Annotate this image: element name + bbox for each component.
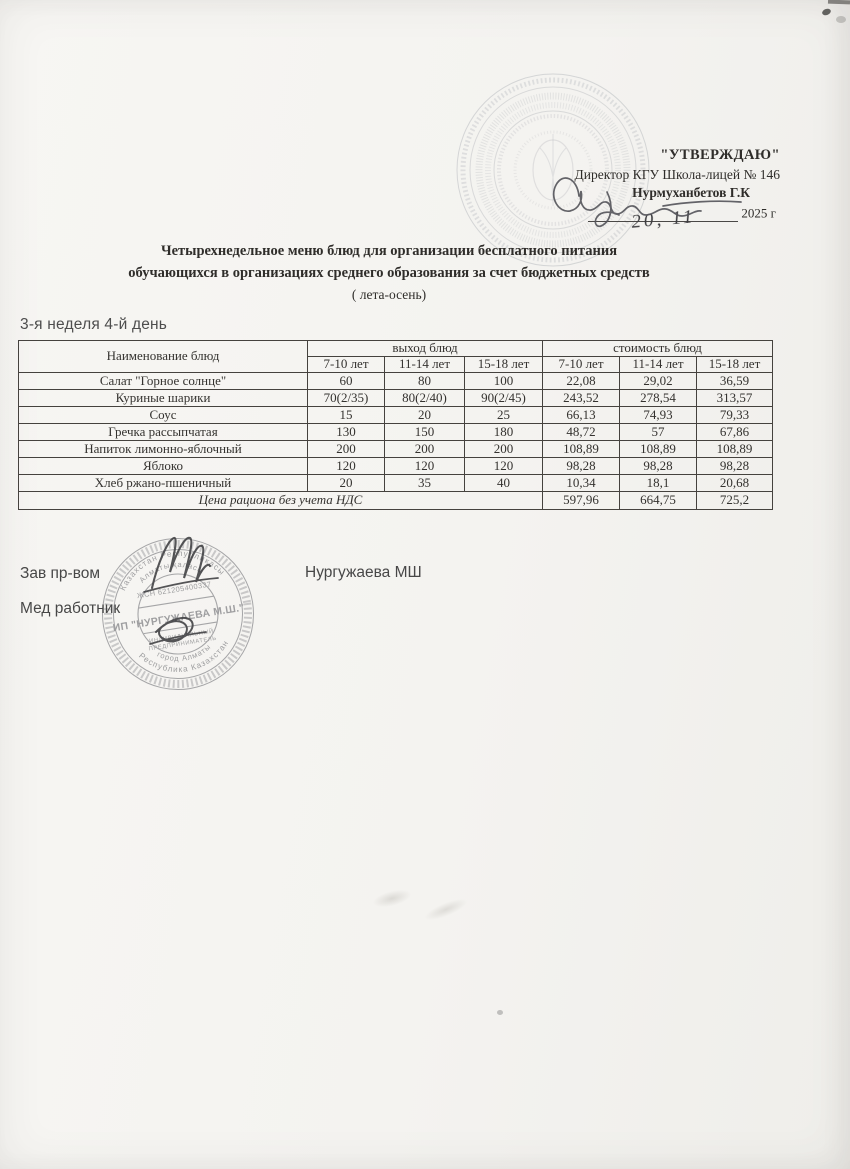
total-row: Цена рациона без учета НДС 597,96 664,75… bbox=[19, 492, 773, 510]
output-group-header: выход блюд bbox=[308, 341, 543, 357]
dish-name-cell: Хлеб ржано-пшеничный bbox=[19, 475, 308, 492]
scan-speck bbox=[821, 8, 832, 17]
cost-value-cell: 108,89 bbox=[697, 441, 773, 458]
director-signature-ink bbox=[545, 158, 775, 228]
table-row: Салат "Горное солнце" 60 80 100 22,08 29… bbox=[19, 373, 773, 390]
output-value-cell: 120 bbox=[465, 458, 543, 475]
cost-value-cell: 20,68 bbox=[697, 475, 773, 492]
dish-name-cell: Гречка рассыпчатая bbox=[19, 424, 308, 441]
name-column-header: Наименование блюд bbox=[19, 341, 308, 373]
cost-value-cell: 313,57 bbox=[697, 390, 773, 407]
staff-signatures-ink bbox=[122, 532, 252, 667]
output-value-cell: 80 bbox=[385, 373, 465, 390]
cost-value-cell: 278,54 bbox=[620, 390, 697, 407]
cost-age-header: 15-18 лет bbox=[697, 357, 773, 373]
cost-value-cell: 22,08 bbox=[543, 373, 620, 390]
cost-age-header: 7-10 лет bbox=[543, 357, 620, 373]
output-value-cell: 20 bbox=[385, 407, 465, 424]
scan-smudge bbox=[422, 895, 470, 924]
output-value-cell: 200 bbox=[308, 441, 385, 458]
output-value-cell: 120 bbox=[385, 458, 465, 475]
cost-value-cell: 57 bbox=[620, 424, 697, 441]
cost-value-cell: 79,33 bbox=[697, 407, 773, 424]
cost-value-cell: 108,89 bbox=[620, 441, 697, 458]
output-age-header: 11-14 лет bbox=[385, 357, 465, 373]
cost-value-cell: 29,02 bbox=[620, 373, 697, 390]
table-row: Куриные шарики 70(2/35) 80(2/40) 90(2/45… bbox=[19, 390, 773, 407]
table-row: Соус 15 20 25 66,13 74,93 79,33 bbox=[19, 407, 773, 424]
scan-speck bbox=[836, 16, 846, 23]
dish-name-cell: Яблоко bbox=[19, 458, 308, 475]
cost-value-cell: 98,28 bbox=[620, 458, 697, 475]
production-manager-label: Зав пр-вом bbox=[20, 565, 100, 583]
table-row: Напиток лимонно-яблочный 200 200 200 108… bbox=[19, 441, 773, 458]
cost-value-cell: 67,86 bbox=[697, 424, 773, 441]
output-value-cell: 180 bbox=[465, 424, 543, 441]
cost-value-cell: 243,52 bbox=[543, 390, 620, 407]
cost-value-cell: 18,1 bbox=[620, 475, 697, 492]
scan-corner-mark bbox=[828, 0, 850, 4]
output-value-cell: 90(2/45) bbox=[465, 390, 543, 407]
document-title: Четырехнедельное меню блюд для организац… bbox=[8, 241, 770, 305]
production-manager-name: Нургужаева МШ bbox=[305, 564, 422, 582]
output-value-cell: 70(2/35) bbox=[308, 390, 385, 407]
title-line-3: ( лета-осень) bbox=[8, 285, 770, 305]
output-value-cell: 60 bbox=[308, 373, 385, 390]
cost-value-cell: 10,34 bbox=[543, 475, 620, 492]
output-age-header: 15-18 лет bbox=[465, 357, 543, 373]
title-line-2: обучающихся в организациях среднего обра… bbox=[8, 263, 770, 285]
dish-name-cell: Соус bbox=[19, 407, 308, 424]
table-row: Гречка рассыпчатая 130 150 180 48,72 57 … bbox=[19, 424, 773, 441]
output-value-cell: 130 bbox=[308, 424, 385, 441]
total-label-cell: Цена рациона без учета НДС bbox=[19, 492, 543, 510]
scanned-menu-document: "УТВЕРЖДАЮ" Директор КГУ Школа-лицей № 1… bbox=[0, 0, 850, 1169]
output-age-header: 7-10 лет bbox=[308, 357, 385, 373]
total-cost-cell: 725,2 bbox=[697, 492, 773, 510]
week-day-label: 3-я неделя 4-й день bbox=[20, 316, 167, 334]
cost-age-header: 11-14 лет bbox=[620, 357, 697, 373]
output-value-cell: 150 bbox=[385, 424, 465, 441]
table-header-row-groups: Наименование блюд выход блюд стоимость б… bbox=[19, 341, 773, 357]
output-value-cell: 40 bbox=[465, 475, 543, 492]
cost-value-cell: 98,28 bbox=[697, 458, 773, 475]
scan-smudge bbox=[371, 886, 413, 910]
output-value-cell: 20 bbox=[308, 475, 385, 492]
output-value-cell: 100 bbox=[465, 373, 543, 390]
output-value-cell: 80(2/40) bbox=[385, 390, 465, 407]
output-value-cell: 15 bbox=[308, 407, 385, 424]
cost-value-cell: 66,13 bbox=[543, 407, 620, 424]
output-value-cell: 25 bbox=[465, 407, 543, 424]
output-value-cell: 200 bbox=[385, 441, 465, 458]
table-row: Хлеб ржано-пшеничный 20 35 40 10,34 18,1… bbox=[19, 475, 773, 492]
cost-value-cell: 48,72 bbox=[543, 424, 620, 441]
cost-group-header: стоимость блюд bbox=[543, 341, 773, 357]
dish-name-cell: Куриные шарики bbox=[19, 390, 308, 407]
dish-name-cell: Напиток лимонно-яблочный bbox=[19, 441, 308, 458]
output-value-cell: 200 bbox=[465, 441, 543, 458]
medical-worker-label: Мед работник bbox=[20, 600, 120, 618]
cost-value-cell: 74,93 bbox=[620, 407, 697, 424]
cost-value-cell: 98,28 bbox=[543, 458, 620, 475]
dish-name-cell: Салат "Горное солнце" bbox=[19, 373, 308, 390]
total-cost-cell: 664,75 bbox=[620, 492, 697, 510]
output-value-cell: 120 bbox=[308, 458, 385, 475]
scan-speck bbox=[497, 1010, 503, 1015]
cost-value-cell: 36,59 bbox=[697, 373, 773, 390]
cost-value-cell: 108,89 bbox=[543, 441, 620, 458]
output-value-cell: 35 bbox=[385, 475, 465, 492]
title-line-1: Четырехнедельное меню блюд для организац… bbox=[8, 241, 770, 263]
table-row: Яблоко 120 120 120 98,28 98,28 98,28 bbox=[19, 458, 773, 475]
total-cost-cell: 597,96 bbox=[543, 492, 620, 510]
menu-table: Наименование блюд выход блюд стоимость б… bbox=[18, 340, 773, 510]
